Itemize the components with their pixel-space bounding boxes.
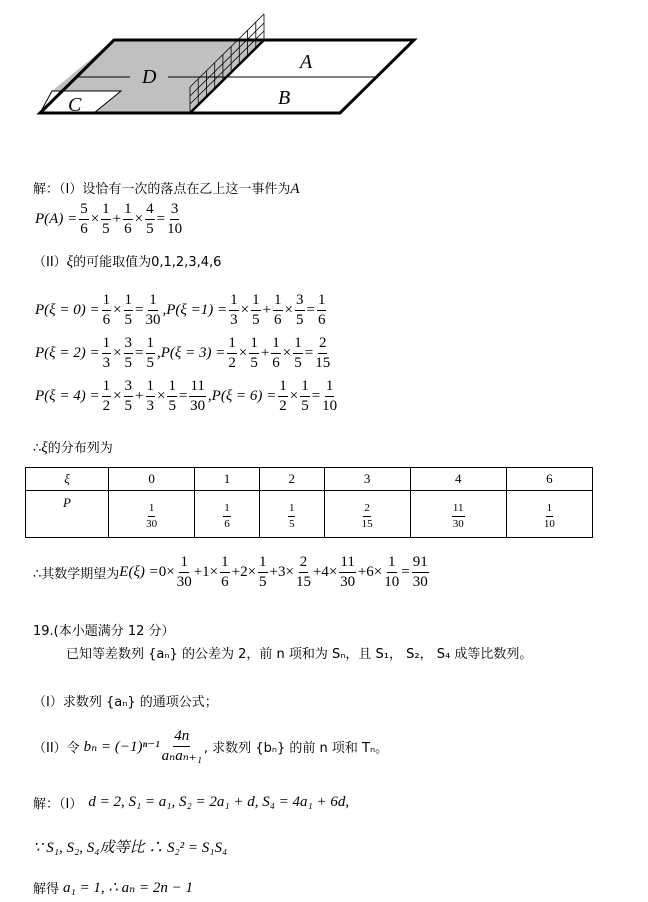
numerator: 1	[317, 293, 327, 311]
solution-eq-3: a₁ = 1, ∴ aₙ = 2n − 1	[63, 878, 193, 897]
numerator: 4	[145, 202, 155, 220]
table-tennis-figure: A B C D	[0, 0, 648, 130]
formula-lhs: P(A) =	[35, 211, 77, 228]
q19-part1: （I）求数列 {aₙ} 的通项公式；	[33, 691, 218, 710]
fraction: 13	[102, 336, 112, 371]
expectation-lhs: E(ξ) =	[119, 564, 158, 581]
denominator: 30	[340, 573, 355, 590]
numerator: 2	[299, 555, 309, 573]
fraction: 130	[146, 293, 161, 328]
table-row-values: ξ 012346	[26, 468, 593, 491]
operator: ×	[113, 388, 121, 405]
expectation-line: ∴其数学期望为E(ξ) = 0×130+1×16+2×15+3×215+4×11…	[33, 555, 431, 590]
operator: +1×	[194, 564, 218, 581]
denominator: 5	[296, 311, 304, 328]
denominator: 30	[177, 573, 192, 590]
numerator: 11	[452, 503, 465, 517]
operator: +	[261, 345, 269, 362]
operator: ×	[113, 302, 121, 319]
operator: ×	[283, 345, 291, 362]
cell-value: 6	[506, 468, 592, 491]
denominator: 15	[296, 573, 311, 590]
denominator: 30	[413, 573, 428, 590]
fraction: 35	[295, 293, 305, 328]
fraction: 1130	[189, 379, 205, 414]
operator: =	[305, 345, 313, 362]
operator: +3×	[270, 564, 294, 581]
denominator: 15	[315, 354, 330, 371]
numerator: 1	[102, 293, 112, 311]
fraction: 16	[223, 503, 231, 530]
numerator: 11	[189, 379, 205, 397]
numerator: 3	[124, 336, 134, 354]
fraction: 16	[271, 336, 281, 371]
fraction: 110	[544, 503, 555, 530]
denominator: 10	[322, 397, 337, 414]
numerator: 11	[339, 555, 355, 573]
numerator: 1	[146, 379, 156, 397]
numerator: 1	[387, 555, 397, 573]
fraction: 15	[288, 503, 296, 530]
cell-prob: 16	[195, 491, 260, 538]
label-b: B	[278, 87, 290, 109]
prob-lhs: ,P(ξ = 6) =	[208, 388, 276, 405]
fraction: 15	[300, 379, 310, 414]
prob-line-3: P(ξ = 4) =12×35+13×15=1130,P(ξ = 6) =12×…	[35, 379, 339, 414]
numerator: 5	[79, 202, 89, 220]
cell-value: 4	[410, 468, 506, 491]
denominator: 3	[230, 311, 238, 328]
denominator: 5	[259, 573, 267, 590]
numerator: 1	[227, 336, 237, 354]
part1-intro: 解：（I）设恰有一次的落点在乙上这一事件为A	[33, 178, 300, 198]
numerator: 1	[220, 555, 230, 573]
denominator: 5	[125, 311, 133, 328]
denominator: 6	[80, 220, 88, 237]
fraction: 15	[167, 379, 177, 414]
fraction: 16	[220, 555, 230, 590]
fraction: 16	[273, 293, 283, 328]
operator: =	[307, 302, 315, 319]
fraction: 13	[146, 379, 156, 414]
part2-prefix: （II）令	[33, 737, 80, 756]
numerator: 1	[278, 379, 288, 397]
numerator: 1	[223, 503, 231, 517]
fraction: 1130	[452, 503, 465, 530]
numerator: 2	[318, 336, 328, 354]
fraction: 35	[124, 379, 134, 414]
numerator: 1	[123, 202, 133, 220]
numerator: 1	[258, 555, 268, 573]
numerator: 1	[288, 503, 296, 517]
fraction: 56	[79, 202, 89, 237]
fraction: 35	[124, 336, 134, 371]
q19-part2: （II）令 bₙ = (−1)ⁿ⁻¹ 4naₙaₙ₊₁ , 求数列 {bₙ} 的…	[33, 729, 388, 764]
fraction: 15	[249, 336, 259, 371]
part2-prefix: （II）	[33, 255, 67, 270]
label-c: C	[68, 94, 82, 116]
denominator: 5	[146, 220, 154, 237]
operator: ×	[91, 211, 99, 228]
operator: ×	[241, 302, 249, 319]
denominator: 6	[274, 311, 282, 328]
fraction: 15	[124, 293, 134, 328]
operator: +2×	[232, 564, 256, 581]
fraction: 16	[123, 202, 133, 237]
numerator: 1	[325, 379, 335, 397]
fraction: 1130	[339, 555, 355, 590]
denominator: 5	[294, 354, 302, 371]
denominator: 6	[124, 220, 132, 237]
bn-fraction: 4naₙaₙ₊₁	[162, 729, 202, 764]
prob-lhs: P(ξ = 4) =	[35, 388, 100, 405]
bn-def: bₙ = (−1)ⁿ⁻¹	[84, 737, 160, 756]
operator: +6×	[358, 564, 382, 581]
fraction: 310	[167, 202, 182, 237]
numerator: 3	[295, 293, 305, 311]
event-symbol: A	[290, 181, 299, 197]
fraction: 9130	[412, 555, 429, 590]
denominator: 6	[318, 311, 326, 328]
part2-intro: （II）ξ的可能取值为0,1,2,3,4,6	[33, 251, 221, 271]
part2-suffix: 的可能取值为0,1,2,3,4,6	[73, 255, 221, 270]
denominator: 2	[279, 397, 287, 414]
numerator: 1	[251, 293, 261, 311]
operator: +4×	[313, 564, 337, 581]
solution-line-3: 解得 a₁ = 1, ∴ aₙ = 2n − 1	[33, 878, 193, 897]
denominator: 5	[147, 354, 155, 371]
denominator: 10	[384, 573, 399, 590]
operator: =	[157, 211, 165, 228]
table-row-probs: P 13016152151130110	[26, 491, 593, 538]
cell-prob: 215	[324, 491, 410, 538]
cell-prob: 15	[259, 491, 324, 538]
prob-lhs: ,P(ξ =1) =	[163, 302, 228, 319]
operator: ×	[285, 302, 293, 319]
operator: =	[401, 564, 409, 581]
denominator: 5	[250, 354, 258, 371]
denominator: 5	[125, 397, 133, 414]
numerator: 2	[363, 503, 371, 517]
fraction: 15	[251, 293, 261, 328]
denominator: 5	[125, 354, 133, 371]
part1-formula: P(A) =56×15+16×45=310	[35, 202, 184, 237]
fraction: 13	[229, 293, 239, 328]
denominator: 2	[228, 354, 236, 371]
fraction: 15	[258, 555, 268, 590]
operator: ×	[157, 388, 165, 405]
operator: +	[135, 388, 143, 405]
fraction: 110	[384, 555, 399, 590]
numerator: 1	[167, 379, 177, 397]
denominator: 30	[146, 311, 161, 328]
fraction: 215	[315, 336, 330, 371]
operator: ×	[135, 211, 143, 228]
distribution-heading: ∴ξ的分布列为	[33, 437, 113, 457]
denominator: 5	[301, 397, 309, 414]
numerator: 1	[146, 336, 156, 354]
numerator: 1	[300, 379, 310, 397]
fraction: 130	[177, 555, 192, 590]
denominator: 5	[252, 311, 260, 328]
numerator: 1	[249, 336, 259, 354]
operator: =	[135, 302, 143, 319]
denominator: 15	[362, 517, 373, 530]
operator: +	[263, 302, 271, 319]
solution-prefix-3: 解得	[33, 878, 59, 897]
cell-value: 3	[324, 468, 410, 491]
solution-eq-1: d = 2, S₁ = a₁, S₂ = 2a₁ + d, S₄ = 4a₁ +…	[88, 794, 349, 811]
numerator: 1	[229, 293, 239, 311]
operator: =	[312, 388, 320, 405]
fraction: 45	[145, 202, 155, 237]
numerator: 1	[271, 336, 281, 354]
denominator: 5	[102, 220, 110, 237]
numerator: 1	[546, 503, 554, 517]
denominator: 5	[289, 517, 295, 530]
fraction: 12	[278, 379, 288, 414]
solution-line-2: ∵ S₁, S₂, S₄成等比 ∴ S₂² = S₁S₄	[33, 836, 227, 857]
denominator: 30	[190, 397, 205, 414]
operator: +	[113, 211, 121, 228]
cell-prob: 110	[506, 491, 592, 538]
expectation-prefix: ∴其数学期望为	[33, 563, 119, 582]
numerator: 91	[412, 555, 429, 573]
operator: ×	[239, 345, 247, 362]
denominator: 2	[103, 397, 111, 414]
header-xi: ξ	[26, 468, 109, 491]
prob-lhs: P(ξ = 2) =	[35, 345, 100, 362]
solution-prefix: 解：（I）	[33, 793, 82, 812]
denominator: 6	[272, 354, 280, 371]
numerator: 1	[101, 202, 111, 220]
denominator: 3	[147, 397, 155, 414]
operator: 0×	[159, 564, 175, 581]
prob-lhs: ,P(ξ = 3) =	[157, 345, 225, 362]
numerator: 1	[293, 336, 303, 354]
fraction: 16	[102, 293, 112, 328]
fraction: 15	[146, 336, 156, 371]
fraction: 12	[227, 336, 237, 371]
operator: =	[135, 345, 143, 362]
fraction: 130	[146, 503, 157, 530]
cell-value: 2	[259, 468, 324, 491]
operator: ×	[113, 345, 121, 362]
label-a: A	[298, 51, 313, 73]
fraction: 15	[101, 202, 111, 237]
solution-line-1: 解：（I） d = 2, S₁ = a₁, S₂ = 2a₁ + d, S₄ =…	[33, 793, 349, 812]
numerator: 1	[179, 555, 189, 573]
fraction: 215	[362, 503, 373, 530]
fraction: 15	[293, 336, 303, 371]
heading-text: 的分布列为	[48, 441, 113, 456]
denominator: 3	[103, 354, 111, 371]
cell-value: 1	[195, 468, 260, 491]
prob-line-1: P(ξ = 0) =16×15=130,P(ξ =1) =13×15+16×35…	[35, 293, 328, 328]
header-p: P	[26, 491, 109, 538]
cell-value: 0	[109, 468, 195, 491]
operator: =	[179, 388, 187, 405]
cell-prob: 1130	[410, 491, 506, 538]
denominator: 30	[453, 517, 464, 530]
fraction: 110	[322, 379, 337, 414]
prob-line-2: P(ξ = 2) =13×35=15,P(ξ = 3) =12×15+16×15…	[35, 336, 332, 371]
q19-stem: 已知等差数列 {aₙ} 的公差为 2，前 n 项和为 Sₙ，且 S₁， S₂， …	[66, 643, 532, 662]
numerator: 1	[148, 503, 156, 517]
denominator: 6	[103, 311, 111, 328]
denominator: 6	[221, 573, 229, 590]
prob-lhs: P(ξ = 0) =	[35, 302, 100, 319]
numerator: 1	[148, 293, 158, 311]
numerator: 1	[124, 293, 134, 311]
fraction: 215	[296, 555, 311, 590]
label-d: D	[141, 66, 157, 88]
distribution-table: ξ 012346 P 13016152151130110	[25, 467, 593, 538]
cell-prob: 130	[109, 491, 195, 538]
part2-suffix: , 求数列 {bₙ} 的前 n 项和 Tₙ。	[204, 737, 388, 756]
denominator: 10	[167, 220, 182, 237]
numerator: 1	[102, 379, 112, 397]
fraction: 16	[317, 293, 327, 328]
denominator: 5	[168, 397, 176, 414]
numerator: 1	[273, 293, 283, 311]
fraction: 12	[102, 379, 112, 414]
q19-title: 19.(本小题满分 12 分）	[33, 620, 175, 639]
numerator: 3	[124, 379, 134, 397]
numerator: 1	[102, 336, 112, 354]
operator: ×	[290, 388, 298, 405]
part1-intro-text: 解：（I）设恰有一次的落点在乙上这一事件为	[33, 182, 290, 197]
numerator: 3	[170, 202, 180, 220]
denominator: 10	[544, 517, 555, 530]
denominator: 6	[224, 517, 230, 530]
denominator: 30	[146, 517, 157, 530]
